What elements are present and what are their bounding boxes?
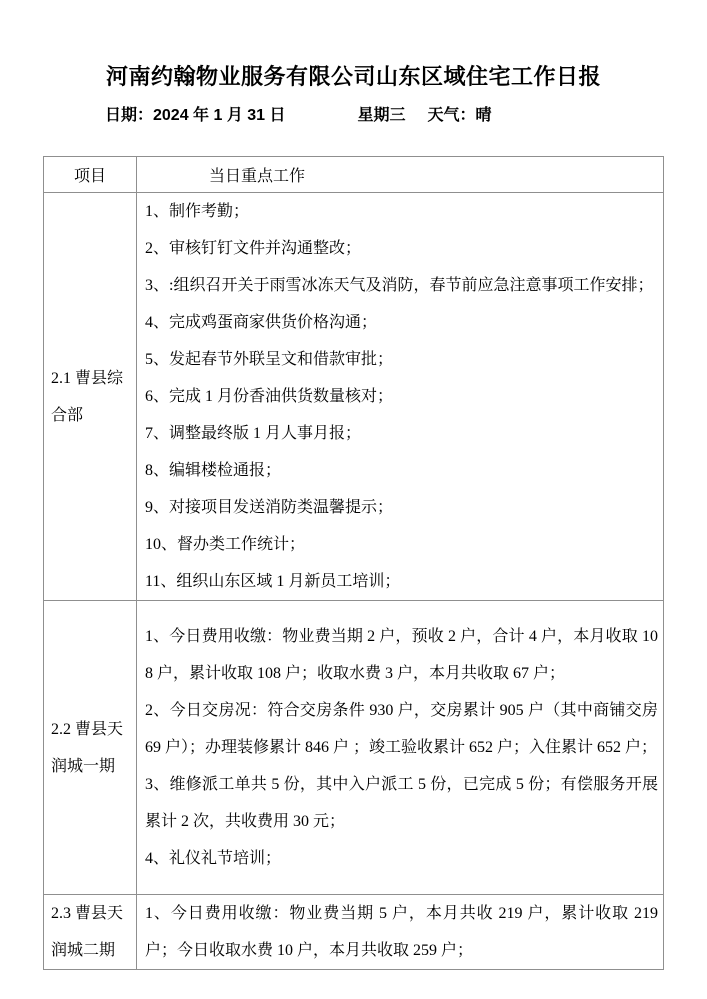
- document-page: 河南约翰物业服务有限公司山东区域住宅工作日报 日期：2024 年 1 月 31 …: [0, 0, 707, 999]
- header-project-cell: 项目: [44, 157, 137, 193]
- table-row: 2.2 曹县天润城一期1、今日费用收缴：物业费当期 2 户，预收 2 户，合计 …: [44, 601, 664, 895]
- work-item: 11、组织山东区域 1 月新员工培训；: [145, 563, 658, 600]
- work-item: 10、督办类工作统计；: [145, 526, 658, 563]
- report-table-body: 2.1 曹县综合部1、制作考勤；2、审核钉钉文件并沟通整改；3、:组织召开关于雨…: [44, 193, 664, 970]
- work-item: 8、编辑楼检通报；: [145, 452, 658, 489]
- table-row: 2.1 曹县综合部1、制作考勤；2、审核钉钉文件并沟通整改；3、:组织召开关于雨…: [44, 193, 664, 601]
- report-table: 项目 当日重点工作 2.1 曹县综合部1、制作考勤；2、审核钉钉文件并沟通整改；…: [43, 156, 664, 970]
- page-title: 河南约翰物业服务有限公司山东区域住宅工作日报: [0, 0, 707, 94]
- work-item: 3、:组织召开关于雨雪冰冻天气及消防，春节前应急注意事项工作安排；: [145, 267, 658, 304]
- work-item: 3、维修派工单共 5 份，其中入户派工 5 份，已完成 5 份；有偿服务开展累计…: [145, 766, 658, 840]
- work-item: 5、发起春节外联呈文和借款审批；: [145, 341, 658, 378]
- work-cell: 1、今日费用收缴：物业费当期 5 户，本月共收 219 户，累计收取 219 户…: [137, 895, 664, 970]
- work-cell: 1、制作考勤；2、审核钉钉文件并沟通整改；3、:组织召开关于雨雪冰冻天气及消防，…: [137, 193, 664, 601]
- work-item: 4、完成鸡蛋商家供货价格沟通；: [145, 304, 658, 341]
- table-row: 2.3 曹县天润城二期1、今日费用收缴：物业费当期 5 户，本月共收 219 户…: [44, 895, 664, 970]
- date-label: 日期：2024 年 1 月 31 日: [105, 104, 286, 128]
- work-item: 4、礼仪礼节培训；: [145, 840, 658, 877]
- project-cell: 2.3 曹县天润城二期: [44, 895, 137, 970]
- weekday-label: 星期三: [358, 104, 406, 128]
- project-cell: 2.1 曹县综合部: [44, 193, 137, 601]
- work-item: 2、审核钉钉文件并沟通整改；: [145, 230, 658, 267]
- work-item: 1、今日费用收缴：物业费当期 2 户，预收 2 户，合计 4 户，本月收取 10…: [145, 618, 658, 692]
- date-line: 日期：2024 年 1 月 31 日 星期三 天气：晴: [105, 104, 707, 128]
- work-item: 2、今日交房况：符合交房条件 930 户，交房累计 905 户（其中商铺交房 6…: [145, 692, 658, 766]
- work-item: 1、制作考勤；: [145, 193, 658, 230]
- weather-label: 天气：晴: [428, 104, 492, 128]
- work-item: 1、今日费用收缴：物业费当期 5 户，本月共收 219 户，累计收取 219 户…: [145, 895, 658, 969]
- work-item: 6、完成 1 月份香油供货数量核对；: [145, 378, 658, 415]
- work-item: 7、调整最终版 1 月人事月报；: [145, 415, 658, 452]
- work-cell: 1、今日费用收缴：物业费当期 2 户，预收 2 户，合计 4 户，本月收取 10…: [137, 601, 664, 895]
- project-cell: 2.2 曹县天润城一期: [44, 601, 137, 895]
- work-item: 9、对接项目发送消防类温馨提示；: [145, 489, 658, 526]
- header-work-cell: 当日重点工作: [137, 157, 664, 193]
- table-header-row: 项目 当日重点工作: [44, 157, 664, 193]
